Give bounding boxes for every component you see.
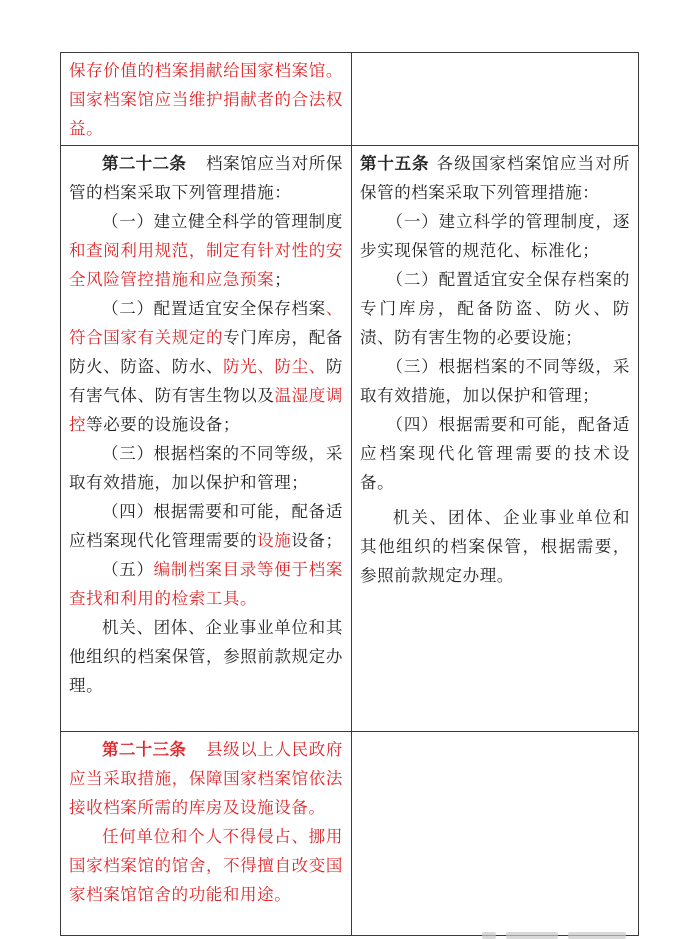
text-segment: 设备；: [291, 531, 342, 550]
paragraph-closing: 机关、团体、企业事业单位和其他组织的档案保管，参照前款规定办理。: [69, 613, 343, 700]
watermark-illegible: [482, 930, 642, 939]
text-segment: （二）配置适宜安全保存档案: [102, 299, 326, 318]
paragraph-closing: 机关、团体、企业事业单位和其他组织的档案保管，根据需要，参照前款规定办理。: [360, 503, 630, 590]
text-segment: 机关、团体、企业事业单位和其他组织的档案保管，参照前款规定办理。: [69, 618, 343, 695]
text-segment: 等必要的设施设备；: [86, 415, 240, 434]
old-law-cell-empty: [352, 732, 639, 936]
article-number: 第二十二条: [102, 154, 186, 173]
old-law-cell-empty: [352, 53, 639, 146]
old-law-cell: 第十五条各级国家档案馆应当对所保管的档案采取下列管理措施： （一）建立科学的管理…: [352, 146, 639, 732]
law-comparison-table: 保存价值的档案捐献给国家档案馆。国家档案馆应当维护捐献者的合法权益。 第二十二条…: [60, 52, 639, 936]
table-row: 第二十三条县级以上人民政府应当采取措施，保障国家档案馆依法接收档案所需的库房及设…: [61, 732, 639, 936]
new-law-cell: 第二十三条县级以上人民政府应当采取措施，保障国家档案馆依法接收档案所需的库房及设…: [61, 732, 352, 936]
new-law-cell: 第二十二条档案馆应当对所保管的档案采取下列管理措施： （一）建立健全科学的管理制…: [61, 146, 352, 732]
text-segment: （四）根据需要和可能，配备适应档案现代化管理需要的技术设备。: [360, 415, 630, 492]
text-segment-changed: 防光、防尘、: [223, 357, 326, 376]
text-segment-changed: 任何单位和个人不得侵占、挪用国家档案馆的馆舍，不得擅自改变国家档案馆馆舍的功能和…: [69, 827, 343, 904]
paragraph-item-3: （三）根据档案的不同等级，采取有效措施，加以保护和管理；: [360, 352, 630, 410]
text-segment: （一）建立健全科学的管理制度: [102, 212, 343, 231]
paragraph-item-2: （二）配置适宜安全保存档案的专门库房，配备防盗、防火、防渍、防有害生物的必要设施…: [360, 265, 630, 352]
watermark-fragment: [568, 932, 626, 939]
text-segment: （五）: [102, 560, 154, 579]
new-law-cell: 保存价值的档案捐献给国家档案馆。国家档案馆应当维护捐献者的合法权益。: [61, 53, 352, 146]
article-heading-paragraph: 第二十二条档案馆应当对所保管的档案采取下列管理措施：: [69, 149, 343, 207]
text-segment-changed: 保存价值的档案捐献给国家档案馆。国家档案馆应当维护捐献者的合法权益。: [69, 61, 343, 138]
paragraph-item-5: （五）编制档案目录等便于档案查找和利用的检索工具。: [69, 555, 343, 613]
watermark-logo-icon: [482, 932, 496, 939]
text-segment: （二）配置适宜安全保存档案的专门库房，配备防盗、防火、防渍、防有害生物的必要设施…: [360, 270, 630, 347]
text-segment: （三）根据档案的不同等级，采取有效措施，加以保护和管理；: [69, 444, 343, 492]
article-number: 第十五条: [360, 154, 429, 173]
text-segment-changed: 设施: [257, 531, 291, 550]
text-segment: 机关、团体、企业事业单位和其他组织的档案保管，根据需要，参照前款规定办理。: [360, 508, 630, 585]
paragraph-item-3: （三）根据档案的不同等级，采取有效措施，加以保护和管理；: [69, 439, 343, 497]
paragraph-item-4: （四）根据需要和可能，配备适应档案现代化管理需要的设施设备；: [69, 497, 343, 555]
paragraph: 任何单位和个人不得侵占、挪用国家档案馆的馆舍，不得擅自改变国家档案馆馆舍的功能和…: [69, 822, 343, 909]
text-segment: ；: [274, 270, 291, 289]
document-page: 保存价值的档案捐献给国家档案馆。国家档案馆应当维护捐献者的合法权益。 第二十二条…: [0, 0, 694, 939]
watermark-fragment: [506, 932, 558, 939]
paragraph-item-1: （一）建立健全科学的管理制度和查阅利用规范，制定有针对性的安全风险管控措施和应急…: [69, 207, 343, 294]
text-segment: （三）根据档案的不同等级，采取有效措施，加以保护和管理；: [360, 357, 630, 405]
paragraph-item-2: （二）配置适宜安全保存档案、符合国家有关规定的专门库房，配备防火、防盗、防水、防…: [69, 294, 343, 439]
text-segment-changed: 和查阅利用规范，制定有针对性的安全风险管控措施和应急预案: [69, 241, 343, 289]
paragraph-item-1: （一）建立科学的管理制度，逐步实现保管的规范化、标准化；: [360, 207, 630, 265]
article-heading-paragraph: 第二十三条县级以上人民政府应当采取措施，保障国家档案馆依法接收档案所需的库房及设…: [69, 735, 343, 822]
table-row: 保存价值的档案捐献给国家档案馆。国家档案馆应当维护捐献者的合法权益。: [61, 53, 639, 146]
table-row: 第二十二条档案馆应当对所保管的档案采取下列管理措施： （一）建立健全科学的管理制…: [61, 146, 639, 732]
text-segment: （一）建立科学的管理制度，逐步实现保管的规范化、标准化；: [360, 212, 630, 260]
paragraph-item-4: （四）根据需要和可能，配备适应档案现代化管理需要的技术设备。: [360, 410, 630, 497]
article-heading-paragraph: 第十五条各级国家档案馆应当对所保管的档案采取下列管理措施：: [360, 149, 630, 207]
article-number: 第二十三条: [102, 740, 186, 759]
paragraph: 保存价值的档案捐献给国家档案馆。国家档案馆应当维护捐献者的合法权益。: [69, 56, 343, 143]
